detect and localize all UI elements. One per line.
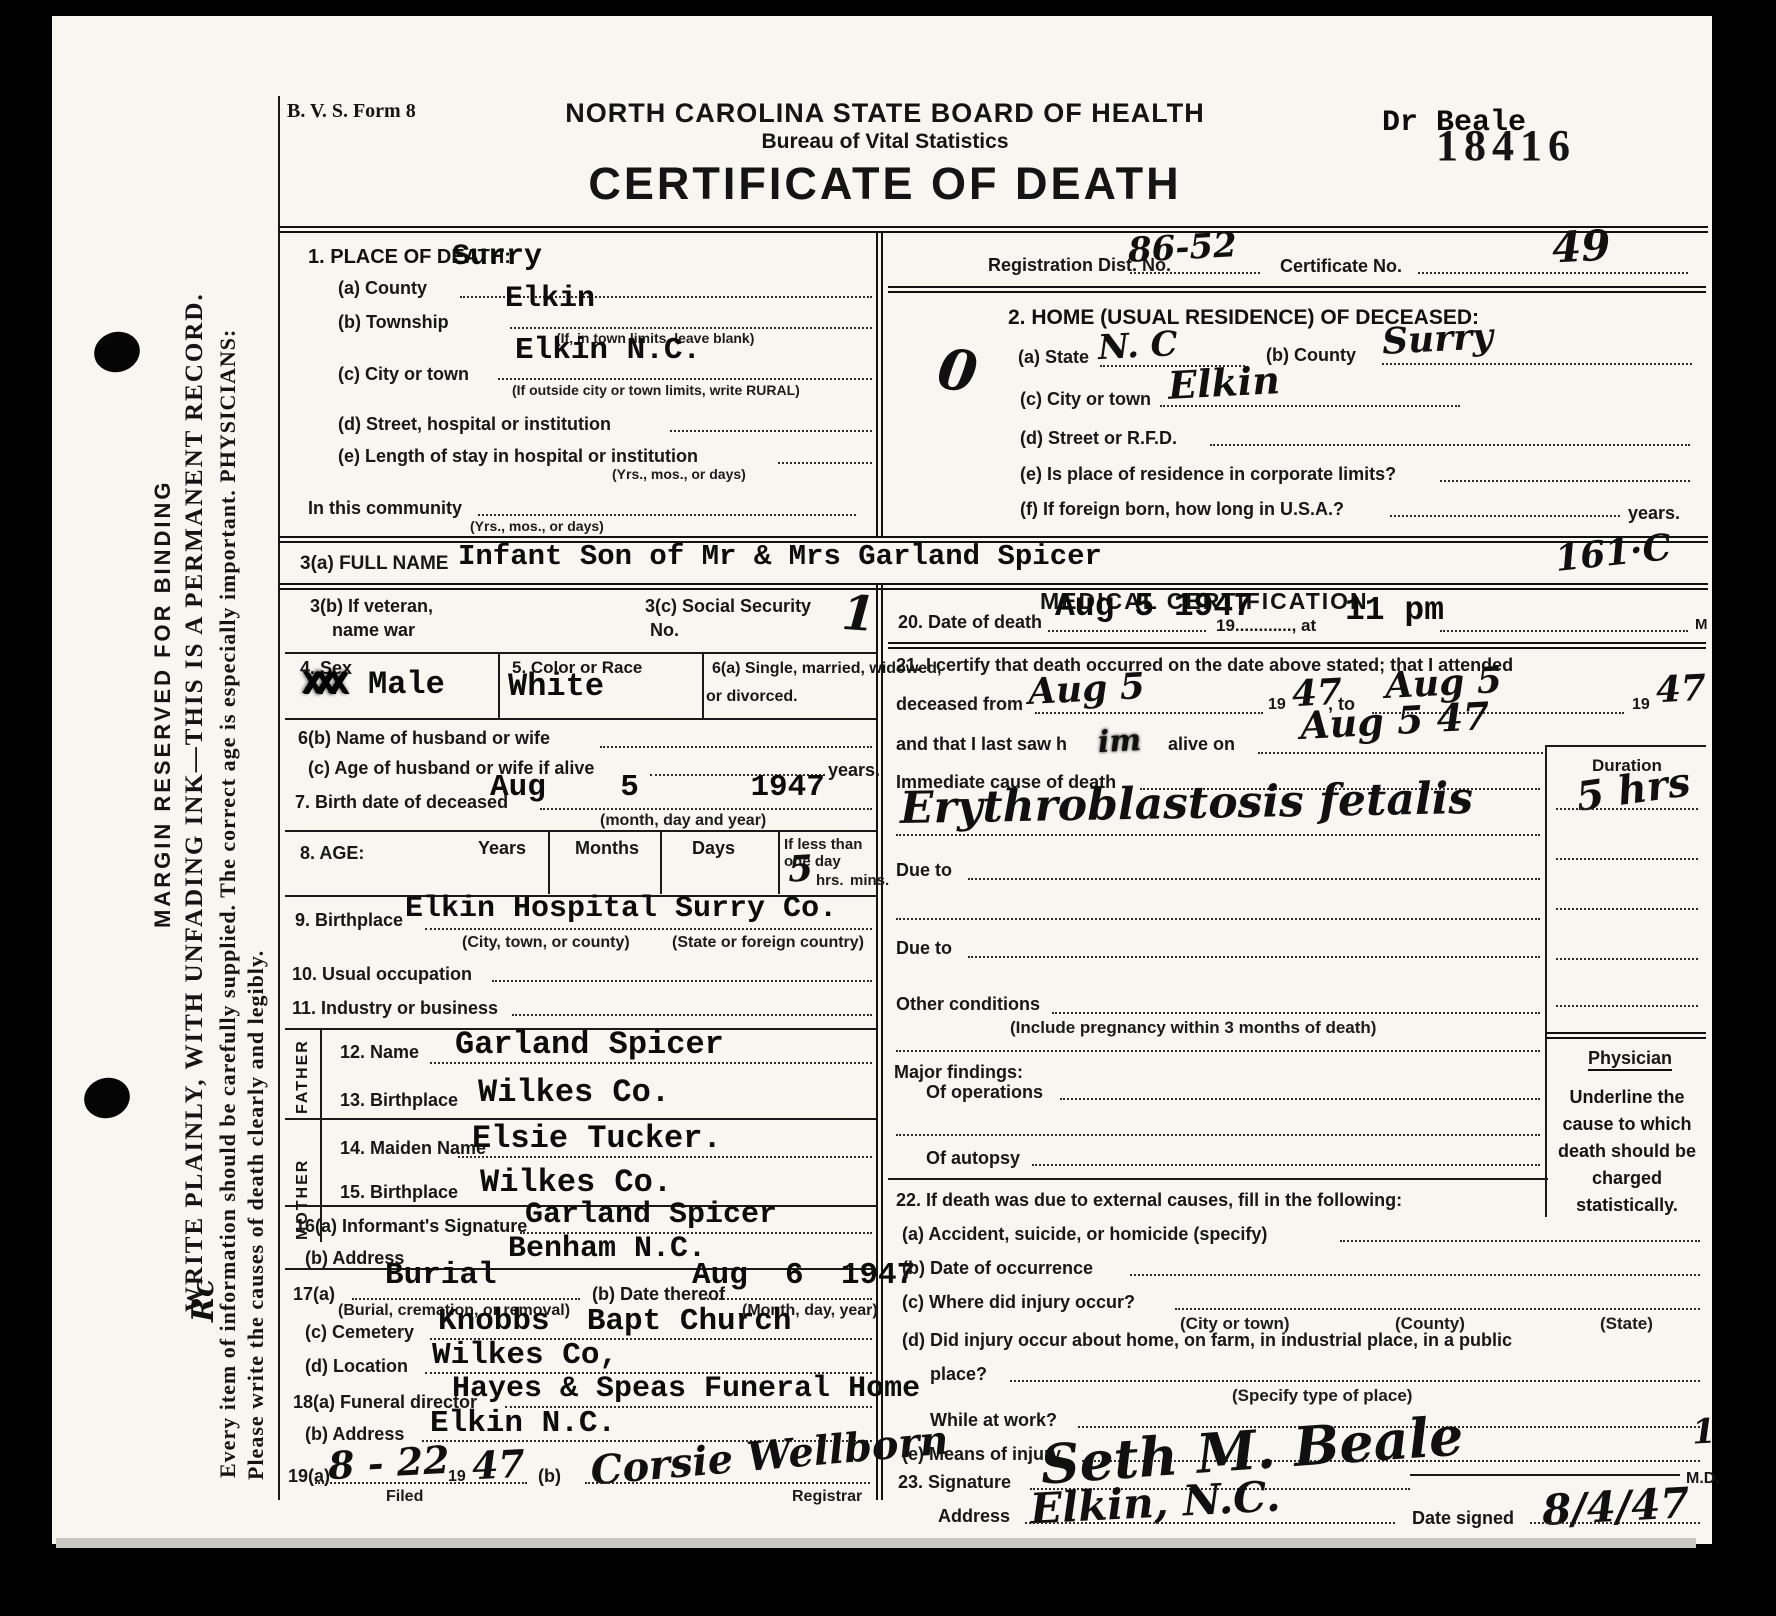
external-causes-heading: 22. If death was due to external causes,… <box>896 1190 1402 1211</box>
pod-township-value: Elkin <box>505 282 595 316</box>
md-label: M.D. <box>1686 1470 1720 1488</box>
cell-divider <box>660 832 662 894</box>
dotted-line <box>352 1298 580 1300</box>
home-corporate-label: (e) Is place of residence in corporate l… <box>1020 464 1396 485</box>
external-b-label: (b) Date of occurrence <box>902 1258 1093 1279</box>
filed-date-value: 8 - 22 <box>327 1437 451 1488</box>
marital-label2: or divorced. <box>706 688 798 706</box>
certificate-no-value: 49 <box>1551 221 1612 273</box>
veteran-label: 3(b) If veteran, <box>310 596 433 617</box>
death-date-label: 20. Date of death <box>898 612 1042 633</box>
pod-city-value: Elkin N.C. <box>515 333 701 368</box>
home-state-value: N. C <box>1097 324 1179 368</box>
age-hours-value: 5 <box>787 847 814 890</box>
father-name-label: 12. Name <box>340 1042 419 1063</box>
rule <box>1545 1032 1706 1039</box>
full-name-label: 3(a) FULL NAME <box>300 553 448 575</box>
last-saw-label: and that I last saw h <box>896 734 1067 755</box>
registrar-caption: Registrar <box>792 1488 862 1506</box>
home-foreign-suffix: years. <box>1628 503 1680 524</box>
meridian-label: M <box>1695 616 1708 633</box>
dotted-line <box>585 1482 870 1484</box>
external-c-hint-state: (State) <box>1600 1314 1653 1334</box>
rule <box>285 718 876 720</box>
external-d-label2: place? <box>930 1364 987 1385</box>
birthdate-value: Aug 5 1947 <box>490 770 825 805</box>
dotted-line <box>430 1062 872 1064</box>
means-of-injury-label: (e) Means of injury <box>902 1444 1061 1465</box>
pod-township-label: (b) Township <box>338 312 449 333</box>
physician-note: Underline the cause to which death shoul… <box>1552 1084 1702 1219</box>
race-value: White <box>508 668 604 705</box>
dotted-line <box>1048 630 1206 632</box>
dotted-line <box>498 378 872 380</box>
alive-on-label: alive on <box>1168 734 1235 755</box>
rule <box>278 583 1708 590</box>
stamp-number: 18416 <box>1436 120 1576 171</box>
to-year-value: 47 <box>1655 667 1707 712</box>
pod-community-hint: (Yrs., mos., or days) <box>470 518 604 534</box>
cell-divider <box>548 832 550 894</box>
informant-signature-value: Garland Spicer <box>525 1198 777 1232</box>
other-conditions-hint: (Include pregnancy within 3 months of de… <box>1010 1018 1376 1038</box>
dotted-line <box>1390 515 1620 517</box>
attended-from-value: Aug 5 <box>1027 665 1146 713</box>
dotted-line <box>492 980 872 982</box>
dotted-line <box>1175 1308 1700 1310</box>
dotted-line <box>600 746 872 748</box>
attended-from-label: deceased from <box>896 694 1023 715</box>
location-label: (d) Location <box>305 1356 408 1377</box>
home-county-value: Surry <box>1381 315 1494 363</box>
paper-bottom-edge <box>56 1538 1696 1548</box>
dotted-line <box>1130 272 1260 274</box>
death-date-mid-label: 19............, at <box>1216 616 1316 636</box>
disposal-type-value: Burial <box>385 1258 497 1293</box>
dotted-line <box>1440 630 1688 632</box>
scanned-death-certificate: MARGIN RESERVED FOR BINDING WRITE PLAINL… <box>0 0 1776 1616</box>
informant-signature-label: 16(a) Informant's Signature <box>295 1216 527 1237</box>
pod-street-label: (d) Street, hospital or institution <box>338 414 611 435</box>
form-number: B. V. S. Form 8 <box>287 100 416 123</box>
cemetery-label: (c) Cemetery <box>305 1322 414 1343</box>
pod-county-value: Surry <box>452 240 542 274</box>
external-a-label: (a) Accident, suicide, or homicide (spec… <box>902 1224 1267 1245</box>
of-operations-label: Of operations <box>926 1082 1043 1103</box>
rule <box>285 830 876 832</box>
cell-divider <box>778 832 780 894</box>
age-years-header: Years <box>478 838 526 859</box>
home-city-value: Elkin <box>1167 357 1281 408</box>
dotted-line <box>700 1298 872 1300</box>
means-pen-mark: 1 <box>1691 1411 1717 1452</box>
filed-label-19b: (b) <box>538 1466 561 1487</box>
dotted-line <box>778 462 872 464</box>
other-conditions-label: Other conditions <box>896 994 1040 1015</box>
dotted-line <box>1025 1522 1395 1524</box>
disposal-date-value: Aug 6 1947 <box>692 1258 915 1293</box>
pod-stay-label: (e) Length of stay in hospital or instit… <box>338 446 698 467</box>
dotted-line <box>670 430 872 432</box>
from-year-printed: 19 <box>1268 696 1286 714</box>
pod-city-label: (c) City or town <box>338 364 469 385</box>
column-divider-top <box>876 232 883 536</box>
dotted-line <box>425 928 872 930</box>
father-name-value: Garland Spicer <box>455 1026 724 1063</box>
industry-label: 11. Industry or business <box>292 998 498 1019</box>
father-birthplace-value: Wilkes Co. <box>478 1074 670 1111</box>
birthplace-hint1: (City, town, or county) <box>462 934 630 952</box>
mother-birthplace-value: Wilkes Co. <box>480 1164 672 1201</box>
dotted-line <box>1556 958 1698 960</box>
physician-signature-label: 23. Signature <box>898 1472 1011 1493</box>
pod-stay-hint: (Yrs., mos., or days) <box>612 466 746 482</box>
rule <box>888 1178 1548 1180</box>
dotted-line <box>1382 363 1692 365</box>
dotted-line <box>1032 1164 1540 1166</box>
major-findings-label: Major findings: <box>894 1062 1023 1083</box>
dotted-line <box>1530 1522 1700 1524</box>
father-birthplace-label: 13. Birthplace <box>340 1090 458 1111</box>
dotted-line <box>1010 1380 1700 1382</box>
funeral-address-value: Elkin N.C. <box>430 1406 616 1441</box>
rule <box>888 642 1706 649</box>
header-org-line2: Bureau of Vital Statistics <box>535 130 1235 154</box>
birthdate-label: 7. Birth date of deceased <box>295 792 508 813</box>
cemetery-value: Knobbs Bapt Church <box>438 1304 791 1339</box>
dotted-line <box>1035 712 1263 714</box>
birthplace-value: Elkin Hospital Surry Co. <box>405 892 837 926</box>
pod-community-label: In this community <box>308 498 462 519</box>
header-rule <box>278 226 1708 233</box>
dotted-line <box>896 834 1540 836</box>
dotted-line <box>1130 1274 1700 1276</box>
dotted-line <box>1440 480 1690 482</box>
dotted-line <box>512 1014 872 1016</box>
cell-divider <box>498 652 500 718</box>
dotted-line <box>1052 1012 1540 1014</box>
to-year-printed: 19 <box>1632 696 1650 714</box>
age-months-header: Months <box>575 838 639 859</box>
dotted-line <box>1160 405 1460 407</box>
ssn-label: 3(c) Social Security <box>645 596 811 617</box>
location-value: Wilkes Co, <box>432 1338 618 1373</box>
dotted-line <box>896 1050 1540 1052</box>
birthdate-hint: (month, day and year) <box>600 812 766 830</box>
rule <box>285 652 876 654</box>
dotted-line <box>1340 1240 1700 1242</box>
dotted-line <box>510 327 872 329</box>
dotted-line <box>1258 752 1543 754</box>
dotted-line <box>315 1482 527 1484</box>
immediate-cause-value: Erythroblastosis fetalis <box>900 773 1474 834</box>
sex-value: Male <box>368 666 445 703</box>
dotted-line <box>458 1156 872 1158</box>
margin-write-plainly-note: WRITE PLAINLY, WITH UNFADING INK—THIS IS… <box>181 292 209 1312</box>
dotted-line <box>478 514 856 516</box>
due-to-label-2: Due to <box>896 938 952 959</box>
column-divider-main <box>876 583 883 1500</box>
informant-address-value: Benham N.C. <box>508 1232 706 1266</box>
dotted-line <box>1556 908 1698 910</box>
age-mins-label: mins. <box>850 872 889 889</box>
funeral-director-value: Hayes & Speas Funeral Home <box>452 1372 920 1406</box>
occupation-label: 10. Usual occupation <box>292 964 472 985</box>
last-saw-overwrite: im <box>1097 723 1142 760</box>
cell-divider <box>320 1030 322 1242</box>
dotted-line <box>1060 1098 1540 1100</box>
margin-handwritten-mark: Rc <box>186 1279 221 1322</box>
pod-county-label: (a) County <box>338 278 427 299</box>
document-title: CERTIFICATE OF DEATH <box>535 158 1235 210</box>
dotted-line <box>968 878 1540 880</box>
duration-box-top <box>1545 745 1706 747</box>
dotted-line <box>896 1134 1540 1136</box>
ssn-pen-mark: 1 <box>840 585 877 643</box>
sex-strikeover: XXX <box>302 666 342 703</box>
date-signed-value: 8/4/47 <box>1541 1478 1691 1535</box>
death-time-value: 11 pm <box>1345 592 1444 629</box>
due-to-label-1: Due to <box>896 860 952 881</box>
while-at-work-label: While at work? <box>930 1410 1057 1431</box>
home-city-label: (c) City or town <box>1020 389 1151 410</box>
form-left-border <box>278 96 280 1500</box>
date-signed-label: Date signed <box>1412 1508 1514 1529</box>
registration-dist-value: 86-52 <box>1127 225 1238 271</box>
age-label: 8. AGE: <box>300 843 364 864</box>
birthplace-hint2: (State or foreign country) <box>672 934 864 952</box>
ssn-label2: No. <box>650 620 679 641</box>
physician-heading: Physician <box>1588 1048 1672 1071</box>
full-name-value: Infant Son of Mr & Mrs Garland Spicer <box>458 540 1102 573</box>
dotted-line <box>1210 444 1690 446</box>
external-d-label: (d) Did injury occur about home, on farm… <box>902 1330 1512 1351</box>
certificate-no-label: Certificate No. <box>1280 256 1402 277</box>
header-org-line1: NORTH CAROLINA STATE BOARD OF HEALTH <box>535 98 1235 129</box>
father-side-label: FATHER <box>294 1039 312 1114</box>
age-hrs-label: hrs. <box>816 872 844 889</box>
external-c-label: (c) Where did injury occur? <box>902 1292 1135 1313</box>
mother-birthplace-label: 15. Birthplace <box>340 1182 458 1203</box>
mother-name-value: Elsie Tucker. <box>472 1120 722 1157</box>
physician-address-label: Address <box>938 1506 1010 1527</box>
birthplace-label: 9. Birthplace <box>295 910 403 931</box>
dotted-line <box>896 918 1540 920</box>
age-days-header: Days <box>692 838 735 859</box>
home-county-label: (b) County <box>1266 345 1356 366</box>
rule <box>888 286 1706 293</box>
margin-causes-note: Please write the causes of death clearly… <box>243 950 269 1480</box>
dotted-line <box>1556 808 1698 810</box>
spouse-name-label: 6(b) Name of husband or wife <box>298 728 550 749</box>
dotted-line <box>968 956 1540 958</box>
of-autopsy-label: Of autopsy <box>926 1148 1020 1169</box>
dotted-line <box>540 808 872 810</box>
external-d-hint: (Specify type of place) <box>1232 1386 1412 1406</box>
margin-binding-note: MARGIN RESERVED FOR BINDING <box>150 479 176 928</box>
signature-flourish-line <box>1410 1474 1680 1476</box>
home-state-label: (a) State <box>1018 347 1089 368</box>
home-street-label: (d) Street or R.F.D. <box>1020 428 1177 449</box>
pod-city-hint: (If outside city or town limits, write R… <box>512 382 800 398</box>
veteran-label2: name war <box>332 620 415 641</box>
duration-box-border <box>1545 745 1547 1217</box>
dotted-line <box>1556 1005 1698 1007</box>
disposal-label: 17(a) <box>293 1284 335 1305</box>
dotted-line <box>1556 858 1698 860</box>
home-foreign-label: (f) If foreign born, how long in U.S.A.? <box>1020 499 1344 520</box>
cell-divider <box>702 652 704 718</box>
filed-caption: Filed <box>386 1488 423 1506</box>
spouse-age-suffix: years. <box>828 760 880 781</box>
